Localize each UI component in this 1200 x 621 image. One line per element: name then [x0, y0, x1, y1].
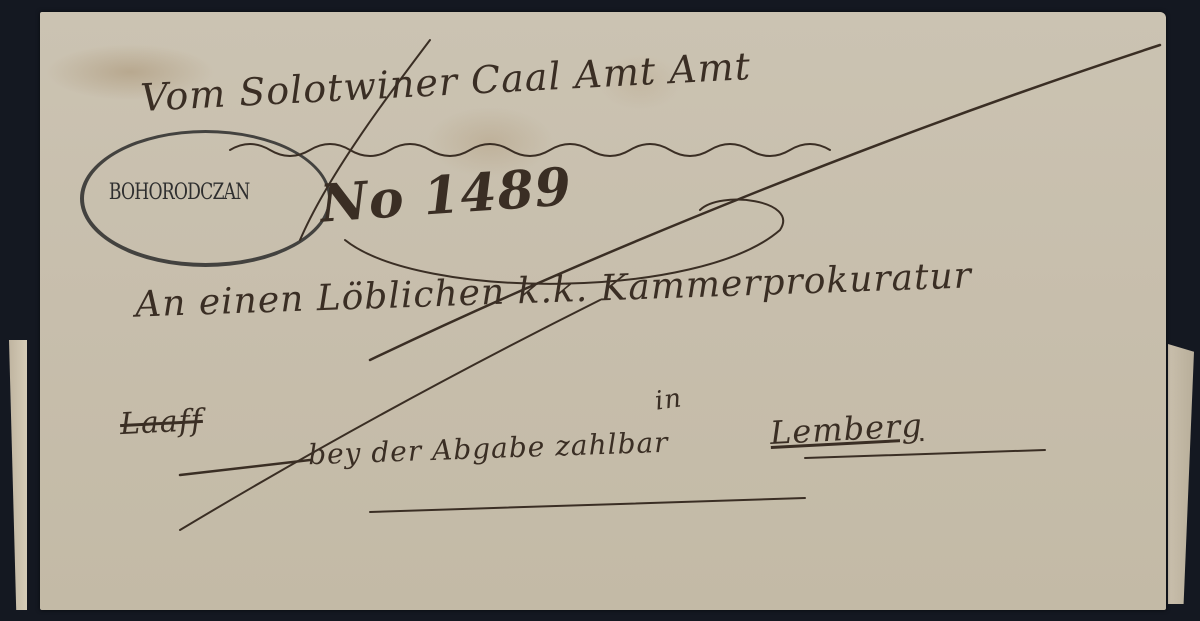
folded-edge-left	[9, 340, 27, 610]
folded-edge-right	[1168, 344, 1194, 604]
porto-note: Laaff	[119, 403, 204, 442]
postmark-text: BOHORODCZAN	[84, 180, 274, 205]
city-preposition: in	[653, 383, 684, 416]
destination-city: Lemberg	[769, 406, 924, 452]
